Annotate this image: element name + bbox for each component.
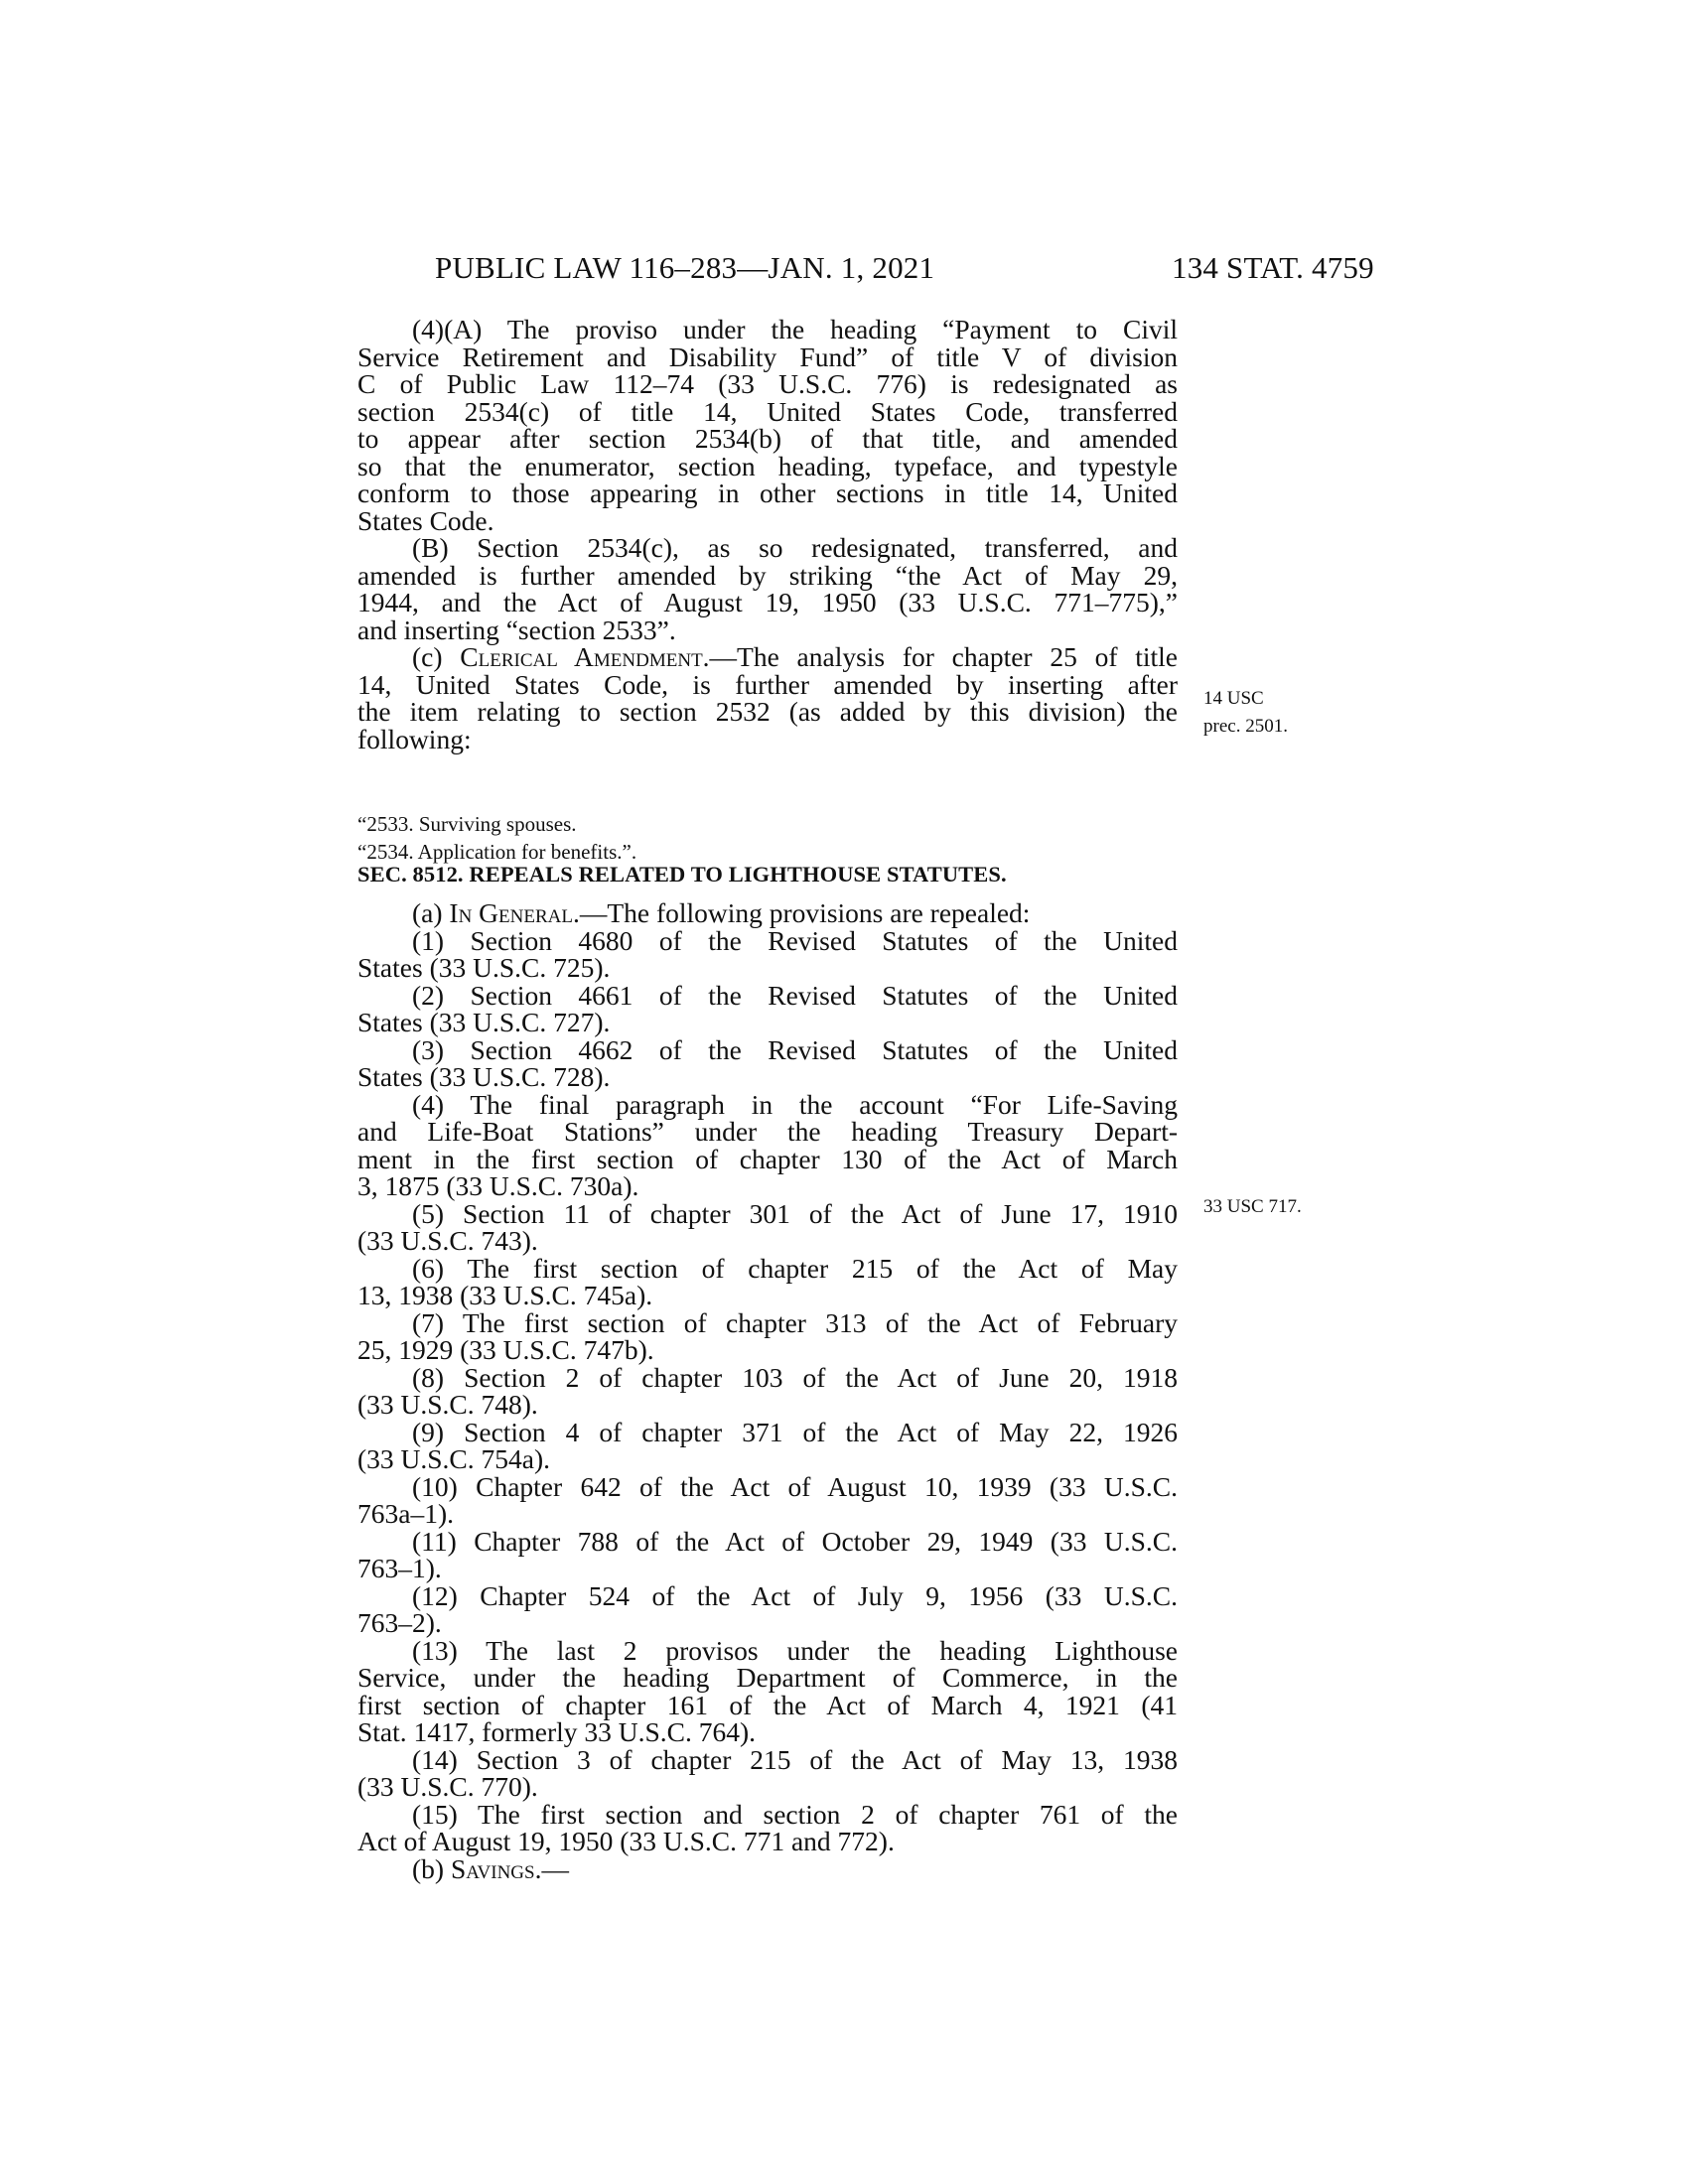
paragraph-4A-line: conform to those appearing in other sect…: [357, 479, 1178, 507]
small-caps-heading: Savings: [451, 1853, 535, 1884]
repeal-item-line: 763a–1).: [357, 1500, 1178, 1528]
analysis-item-2533: “2533. Surviving spouses.: [357, 812, 577, 837]
paragraph-c-line: the item relating to section 2532 (as ad…: [357, 698, 1178, 726]
paragraph-4A-line: section 2534(c) of title 14, United Stat…: [357, 398, 1178, 426]
repeal-item-line: (4) The final paragraph in the account “…: [412, 1091, 1178, 1119]
repeal-item-line: and Life-Boat Stations” under the headin…: [357, 1118, 1178, 1146]
repeal-item-line: 763–2).: [357, 1609, 1178, 1637]
repeal-item-line: (12) Chapter 524 of the Act of July 9, 1…: [412, 1582, 1178, 1610]
margin-note-33-usc-717: 33 USC 717.: [1203, 1193, 1302, 1221]
paragraph-4A-line: C of Public Law 112–74 (33 U.S.C. 776) i…: [357, 370, 1178, 398]
margin-note-line: prec. 2501.: [1203, 713, 1288, 741]
paragraph-4B-line: (B) Section 2534(c), as so redesignated,…: [412, 534, 1178, 562]
small-caps-heading: In General: [449, 897, 573, 928]
document-page: PUBLIC LAW 116–283—JAN. 1, 2021 134 STAT…: [0, 0, 1688, 2184]
repeal-item-line: (7) The first section of chapter 313 of …: [412, 1309, 1178, 1337]
repeal-item-line: (9) Section 4 of chapter 371 of the Act …: [412, 1419, 1178, 1446]
repeal-item-line: (8) Section 2 of chapter 103 of the Act …: [412, 1364, 1178, 1392]
paragraph-4A-line: to appear after section 2534(b) of that …: [357, 425, 1178, 453]
paragraph-4B-line: and inserting “section 2533”.: [357, 616, 1178, 644]
repeal-item-line: Act of August 19, 1950 (33 U.S.C. 771 an…: [357, 1828, 1178, 1855]
repeal-item-line: States (33 U.S.C. 727).: [357, 1009, 1178, 1036]
repeal-item-line: (2) Section 4661 of the Revised Statutes…: [412, 982, 1178, 1010]
repeal-item-line: (33 U.S.C. 754a).: [357, 1445, 1178, 1473]
repeal-item-line: (33 U.S.C. 748).: [357, 1391, 1178, 1419]
paragraph-4B-line: 1944, and the Act of August 19, 1950 (33…: [357, 589, 1178, 616]
repeal-item-line: (33 U.S.C. 770).: [357, 1773, 1178, 1801]
repeal-item-line: ment in the first section of chapter 130…: [357, 1146, 1178, 1173]
paragraph-4A-line: so that the enumerator, section heading,…: [357, 453, 1178, 480]
repeal-item-line: first section of chapter 161 of the Act …: [357, 1692, 1178, 1719]
repeal-item-line: (33 U.S.C. 743).: [357, 1227, 1178, 1255]
paragraph-4A-line: States Code.: [357, 507, 1178, 535]
repeal-item-line: 25, 1929 (33 U.S.C. 747b).: [357, 1336, 1178, 1364]
repeal-item-line: (6) The first section of chapter 215 of …: [412, 1255, 1178, 1283]
repeal-item-line: (10) Chapter 642 of the Act of August 10…: [412, 1473, 1178, 1501]
repeal-item-line: (13) The last 2 provisos under the headi…: [412, 1637, 1178, 1665]
margin-note-line: 14 USC: [1203, 685, 1288, 713]
repeal-item-line: 13, 1938 (33 U.S.C. 745a).: [357, 1282, 1178, 1309]
running-header-stat: 134 STAT. 4759: [1172, 250, 1374, 286]
paragraph-c-line: (c) Clerical Amendment.—The analysis for…: [412, 643, 1178, 671]
paragraph-4A-line: (4)(A) The proviso under the heading “Pa…: [412, 316, 1178, 343]
repeal-item-line: (3) Section 4662 of the Revised Statutes…: [412, 1036, 1178, 1064]
repeal-item-line: (5) Section 11 of chapter 301 of the Act…: [412, 1200, 1178, 1228]
margin-note-14-usc: 14 USC prec. 2501.: [1203, 685, 1288, 740]
running-header-law: PUBLIC LAW 116–283—JAN. 1, 2021: [435, 250, 934, 286]
repeal-item-line: States (33 U.S.C. 728).: [357, 1063, 1178, 1091]
section-heading: SEC. 8512. REPEALS RELATED TO LIGHTHOUSE…: [357, 862, 1007, 887]
repeal-item-line: 3, 1875 (33 U.S.C. 730a).: [357, 1172, 1178, 1200]
subsection-a-line: (a) In General.—The following provisions…: [412, 899, 1178, 927]
repeal-item-line: States (33 U.S.C. 725).: [357, 954, 1178, 982]
repeal-item-line: (14) Section 3 of chapter 215 of the Act…: [412, 1746, 1178, 1774]
paragraph-c-line: 14, United States Code, is further amend…: [357, 671, 1178, 699]
paragraph-c-line: following:: [357, 726, 1178, 753]
repeal-item-line: (11) Chapter 788 of the Act of October 2…: [412, 1528, 1178, 1556]
small-caps-heading: Clerical Amendment: [460, 641, 702, 672]
repeal-item-line: (1) Section 4680 of the Revised Statutes…: [412, 927, 1178, 955]
repeal-item-line: Stat. 1417, formerly 33 U.S.C. 764).: [357, 1718, 1178, 1746]
repeal-item-line: Service, under the heading Department of…: [357, 1664, 1178, 1692]
repeal-item-line: 763–1).: [357, 1555, 1178, 1582]
paragraph-4B-line: amended is further amended by striking “…: [357, 562, 1178, 590]
subsection-b-line: (b) Savings.—: [412, 1855, 1178, 1883]
repeal-item-line: (15) The first section and section 2 of …: [412, 1801, 1178, 1829]
paragraph-4A-line: Service Retirement and Disability Fund” …: [357, 343, 1178, 371]
